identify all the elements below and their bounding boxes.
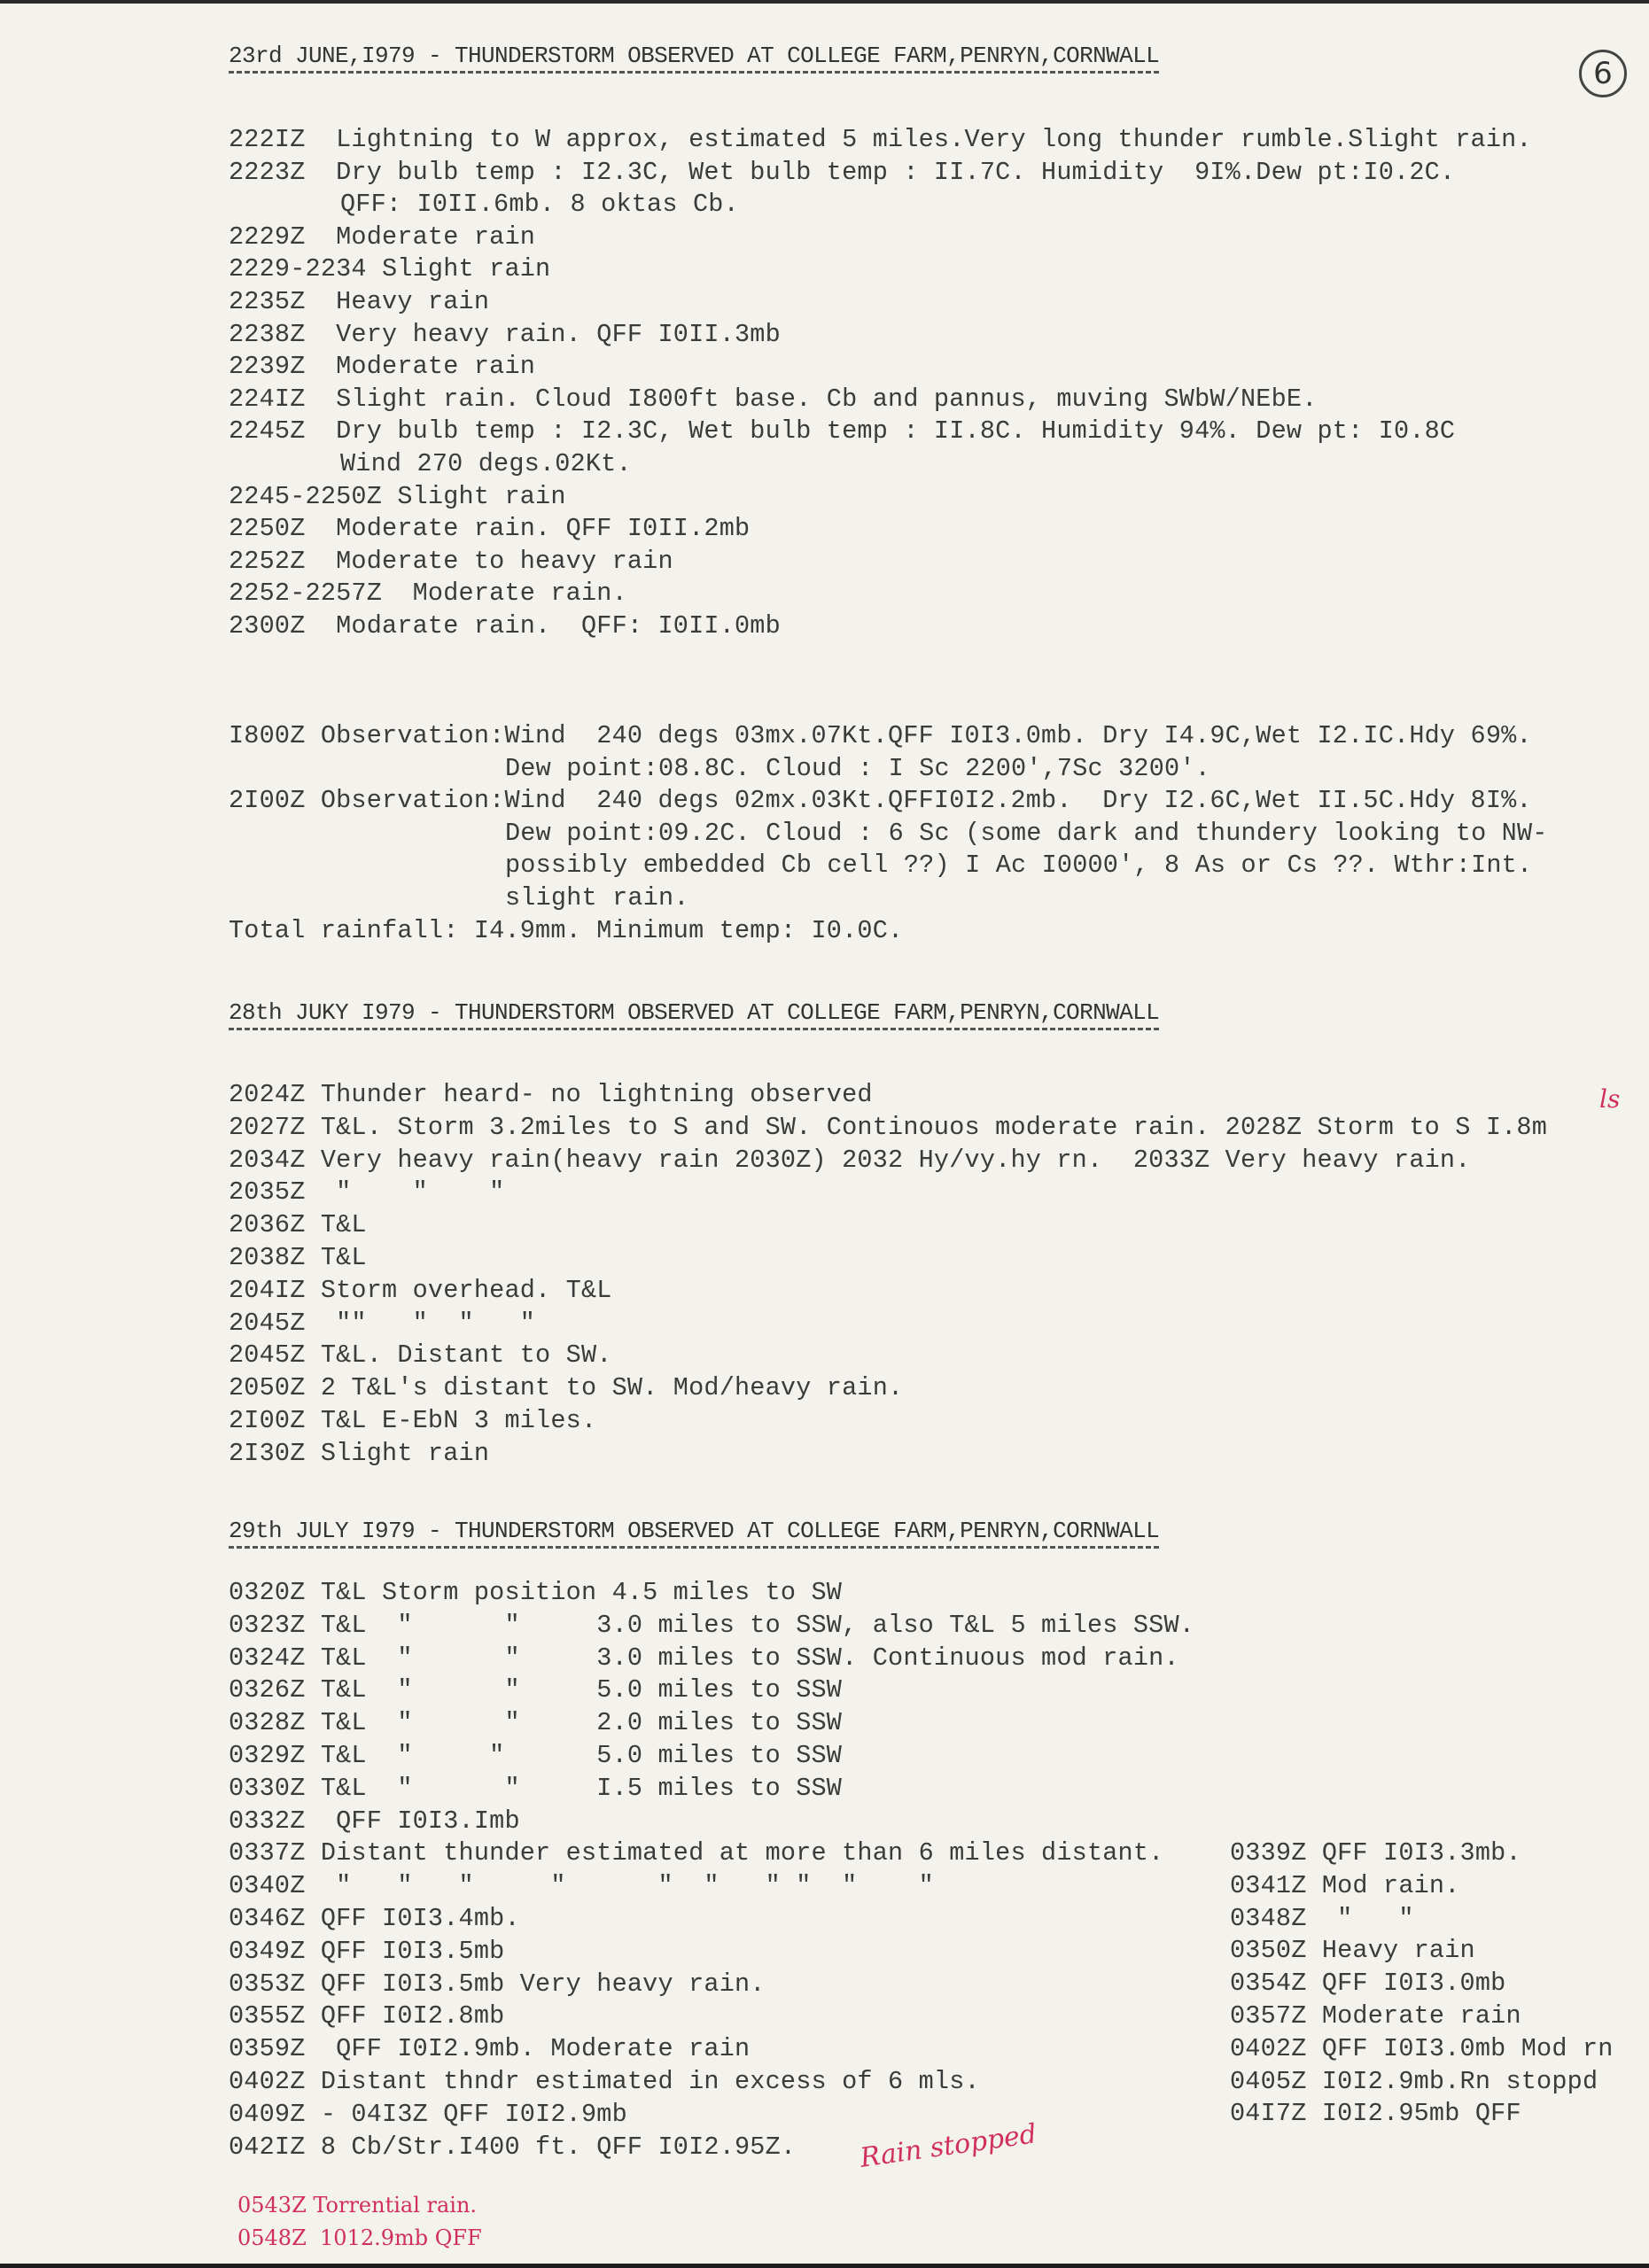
- log-entry: 2235Z Heavy rain: [229, 286, 489, 318]
- log-entry: 0346Z QFF I0I3.4mb.: [229, 1903, 520, 1935]
- log-entry: 0359Z QFF I0I2.9mb. Moderate rain: [229, 2033, 750, 2065]
- log-entry: 0349Z QFF I0I3.5mb: [229, 1936, 504, 1968]
- log-entry: 2229-2234 Slight rain: [229, 253, 550, 285]
- log-entry: 0402Z QFF I0I3.0mb Mod rn: [1230, 2033, 1614, 2065]
- log-entry: 0323Z T&L " " 3.0 miles to SSW, also T&L…: [229, 1610, 1194, 1642]
- log-entry: Dew point:08.8C. Cloud : I Sc 2200',7Sc …: [505, 753, 1210, 785]
- log-entry: I800Z Observation:Wind 240 degs 03mx.07K…: [229, 720, 1532, 752]
- log-entry: 2252Z Moderate to heavy rain: [229, 546, 673, 578]
- log-entry: 2035Z " " ": [229, 1177, 504, 1208]
- log-entry: 0348Z " ": [1230, 1903, 1414, 1935]
- log-entry: 0332Z QFF I0I3.Imb: [229, 1806, 520, 1837]
- log-entry: 2027Z T&L. Storm 3.2miles to S and SW. C…: [229, 1112, 1547, 1144]
- log-entry: 222IZ Lightning to W approx, estimated 5…: [229, 124, 1532, 156]
- log-entry: 2300Z Modarate rain. QFF: I0II.0mb: [229, 610, 781, 642]
- log-entry: 2I00Z T&L E-EbN 3 miles.: [229, 1405, 596, 1437]
- log-entry: Wind 270 degs.02Kt.: [340, 448, 632, 480]
- log-entry: 0353Z QFF I0I3.5mb Very heavy rain.: [229, 1969, 766, 2000]
- log-entry: QFF: I0II.6mb. 8 oktas Cb.: [340, 189, 739, 221]
- typed-weather-log-page: 6 23rd JUNE,I979 - THUNDERSTORM OBSERVED…: [0, 0, 1649, 2268]
- log-entry: 0320Z T&L Storm position 4.5 miles to SW: [229, 1577, 842, 1609]
- log-entry: 0340Z " " " " " " " " " ": [229, 1870, 934, 1902]
- log-entry: 2250Z Moderate rain. QFF I0II.2mb: [229, 513, 750, 545]
- section-heading-29-july: 29th JULY I979 - THUNDERSTORM OBSERVED A…: [229, 1518, 1159, 1549]
- log-entry: 0328Z T&L " " 2.0 miles to SSW: [229, 1707, 842, 1739]
- log-entry: 0337Z Distant thunder estimated at more …: [229, 1837, 1163, 1869]
- scan-bottom-edge: [0, 2264, 1649, 2268]
- circled-page-number: 6: [1579, 50, 1627, 97]
- log-entry: 0350Z Heavy rain: [1230, 1935, 1475, 1967]
- log-entry: 2245-2250Z Slight rain: [229, 481, 566, 513]
- log-entry: 2252-2257Z Moderate rain.: [229, 578, 627, 610]
- log-entry: 0339Z QFF I0I3.3mb.: [1230, 1837, 1521, 1869]
- log-entry: 0402Z Distant thndr estimated in excess …: [229, 2066, 980, 2098]
- log-entry: 2239Z Moderate rain: [229, 351, 535, 383]
- log-entry: 0357Z Moderate rain: [1230, 2000, 1521, 2032]
- scan-top-edge: [0, 0, 1649, 4]
- handwritten-correction-ls: ls: [1599, 1084, 1620, 1114]
- log-entry: 2238Z Very heavy rain. QFF I0II.3mb: [229, 319, 781, 351]
- log-entry: 2034Z Very heavy rain(heavy rain 2030Z) …: [229, 1145, 1471, 1177]
- log-entry: 042IZ 8 Cb/Str.I400 ft. QFF I0I2.95Z.: [229, 2132, 796, 2163]
- log-entry: 2038Z T&L: [229, 1242, 367, 1274]
- log-entry: 0324Z T&L " " 3.0 miles to SSW. Continuo…: [229, 1643, 1179, 1674]
- log-entry: 0409Z - 04I3Z QFF I0I2.9mb: [229, 2099, 627, 2131]
- log-entry: 2229Z Moderate rain: [229, 221, 535, 253]
- log-entry: 0329Z T&L " " 5.0 miles to SSW: [229, 1740, 842, 1772]
- log-entry: 0326Z T&L " " 5.0 miles to SSW: [229, 1674, 842, 1706]
- log-entry: 2223Z Dry bulb temp : I2.3C, Wet bulb te…: [229, 157, 1455, 189]
- handwritten-rain-stopped: Rain stopped: [859, 2118, 1038, 2174]
- log-entry: 224IZ Slight rain. Cloud I800ft base. Cb…: [229, 384, 1318, 416]
- log-entry: Total rainfall: I4.9mm. Minimum temp: I0…: [229, 915, 903, 947]
- log-entry: 0405Z I0I2.9mb.Rn stoppd: [1230, 2066, 1598, 2098]
- section-heading-28-july: 28th JUKY I979 - THUNDERSTORM OBSERVED A…: [229, 999, 1159, 1030]
- log-entry: 0341Z Mod rain.: [1230, 1870, 1460, 1902]
- log-entry: 2050Z 2 T&L's distant to SW. Mod/heavy r…: [229, 1372, 903, 1404]
- log-entry: Dew point:09.2C. Cloud : 6 Sc (some dark…: [505, 818, 1548, 850]
- log-entry: 2045Z T&L. Distant to SW.: [229, 1340, 612, 1371]
- log-entry: slight rain.: [505, 882, 689, 914]
- handwritten-note-0548: 0548Z 1012.9mb QFF: [237, 2225, 482, 2250]
- log-entry: possibly embedded Cb cell ??) I Ac I0000…: [505, 850, 1532, 882]
- log-entry: 2245Z Dry bulb temp : I2.3C, Wet bulb te…: [229, 416, 1455, 447]
- log-entry: 2036Z T&L: [229, 1209, 367, 1241]
- log-entry: 204IZ Storm overhead. T&L: [229, 1275, 612, 1307]
- log-entry: 0330Z T&L " " I.5 miles to SSW: [229, 1773, 842, 1805]
- log-entry: 2045Z "" " " ": [229, 1308, 535, 1340]
- log-entry: 2I00Z Observation:Wind 240 degs 02mx.03K…: [229, 785, 1532, 817]
- log-entry: 2024Z Thunder heard- no lightning observ…: [229, 1079, 873, 1111]
- log-entry: 04I7Z I0I2.95mb QFF: [1230, 2098, 1521, 2130]
- section-heading-23-june: 23rd JUNE,I979 - THUNDERSTORM OBSERVED A…: [229, 43, 1159, 74]
- log-entry: 2I30Z Slight rain: [229, 1438, 489, 1470]
- log-entry: 0355Z QFF I0I2.8mb: [229, 2000, 504, 2032]
- handwritten-note-0543: 0543Z Torrential rain.: [237, 2193, 477, 2218]
- log-entry: 0354Z QFF I0I3.0mb: [1230, 1968, 1505, 2000]
